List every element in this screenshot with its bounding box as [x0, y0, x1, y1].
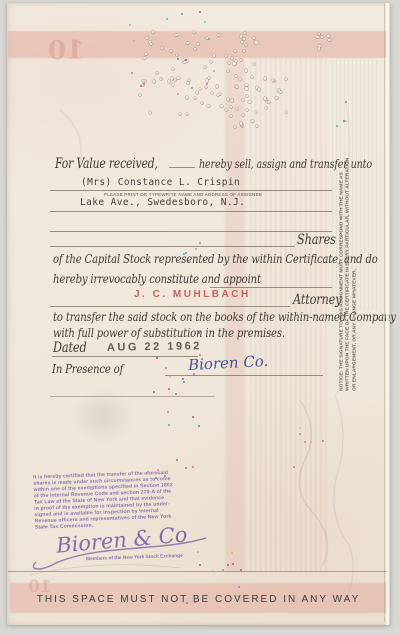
substitution-line: with full power of substitution in the p… [53, 326, 285, 340]
witness-line [50, 396, 215, 397]
certification-stamp: It is hereby certified that the transfer… [33, 464, 336, 573]
assignee-name-line [50, 190, 332, 191]
certification-stamp-text: It is hereby certified that the transfer… [33, 468, 206, 530]
shares-label: Shares [297, 232, 336, 248]
value-received-text: For Value received, [55, 156, 158, 172]
appoint-blank-line [210, 287, 332, 288]
side-notice: NOTICE: THE SIGNATURE TO THIS ASSIGNMENT… [338, 3, 369, 391]
side-notice-text: NOTICE: THE SIGNATURE TO THIS ASSIGNMENT… [338, 150, 357, 391]
assignee-name: (Mrs) Constance L. Crispin [81, 177, 240, 188]
scanned-certificate-back: 10 10 For Value received, hereby sell, a… [0, 0, 400, 635]
shares-line [50, 246, 295, 247]
assignee-address-line [50, 211, 332, 212]
date-stamp: AUG 22 1962 [107, 340, 202, 354]
attorney-name-stamp: J. C. MUHLBACH [134, 289, 251, 300]
blank-gap [169, 157, 195, 168]
dated-label: Dated [53, 340, 87, 356]
attorney-label: Attorney [293, 292, 341, 308]
signature-line [165, 375, 323, 376]
assignee-address: Lake Ave., Swedesboro, N.J. [80, 197, 245, 208]
bottom-notice: THIS SPACE MUST NOT BE COVERED IN ANY WA… [8, 594, 389, 605]
attorney-line [50, 306, 290, 307]
constitute-line: hereby irrevocably constitute and appoin… [53, 272, 261, 286]
in-presence-label: In Presence of [52, 362, 123, 376]
blank-line [50, 231, 332, 232]
dated-line [52, 356, 198, 357]
capital-stock-line: of the Capital Stock represented by the … [53, 252, 378, 266]
